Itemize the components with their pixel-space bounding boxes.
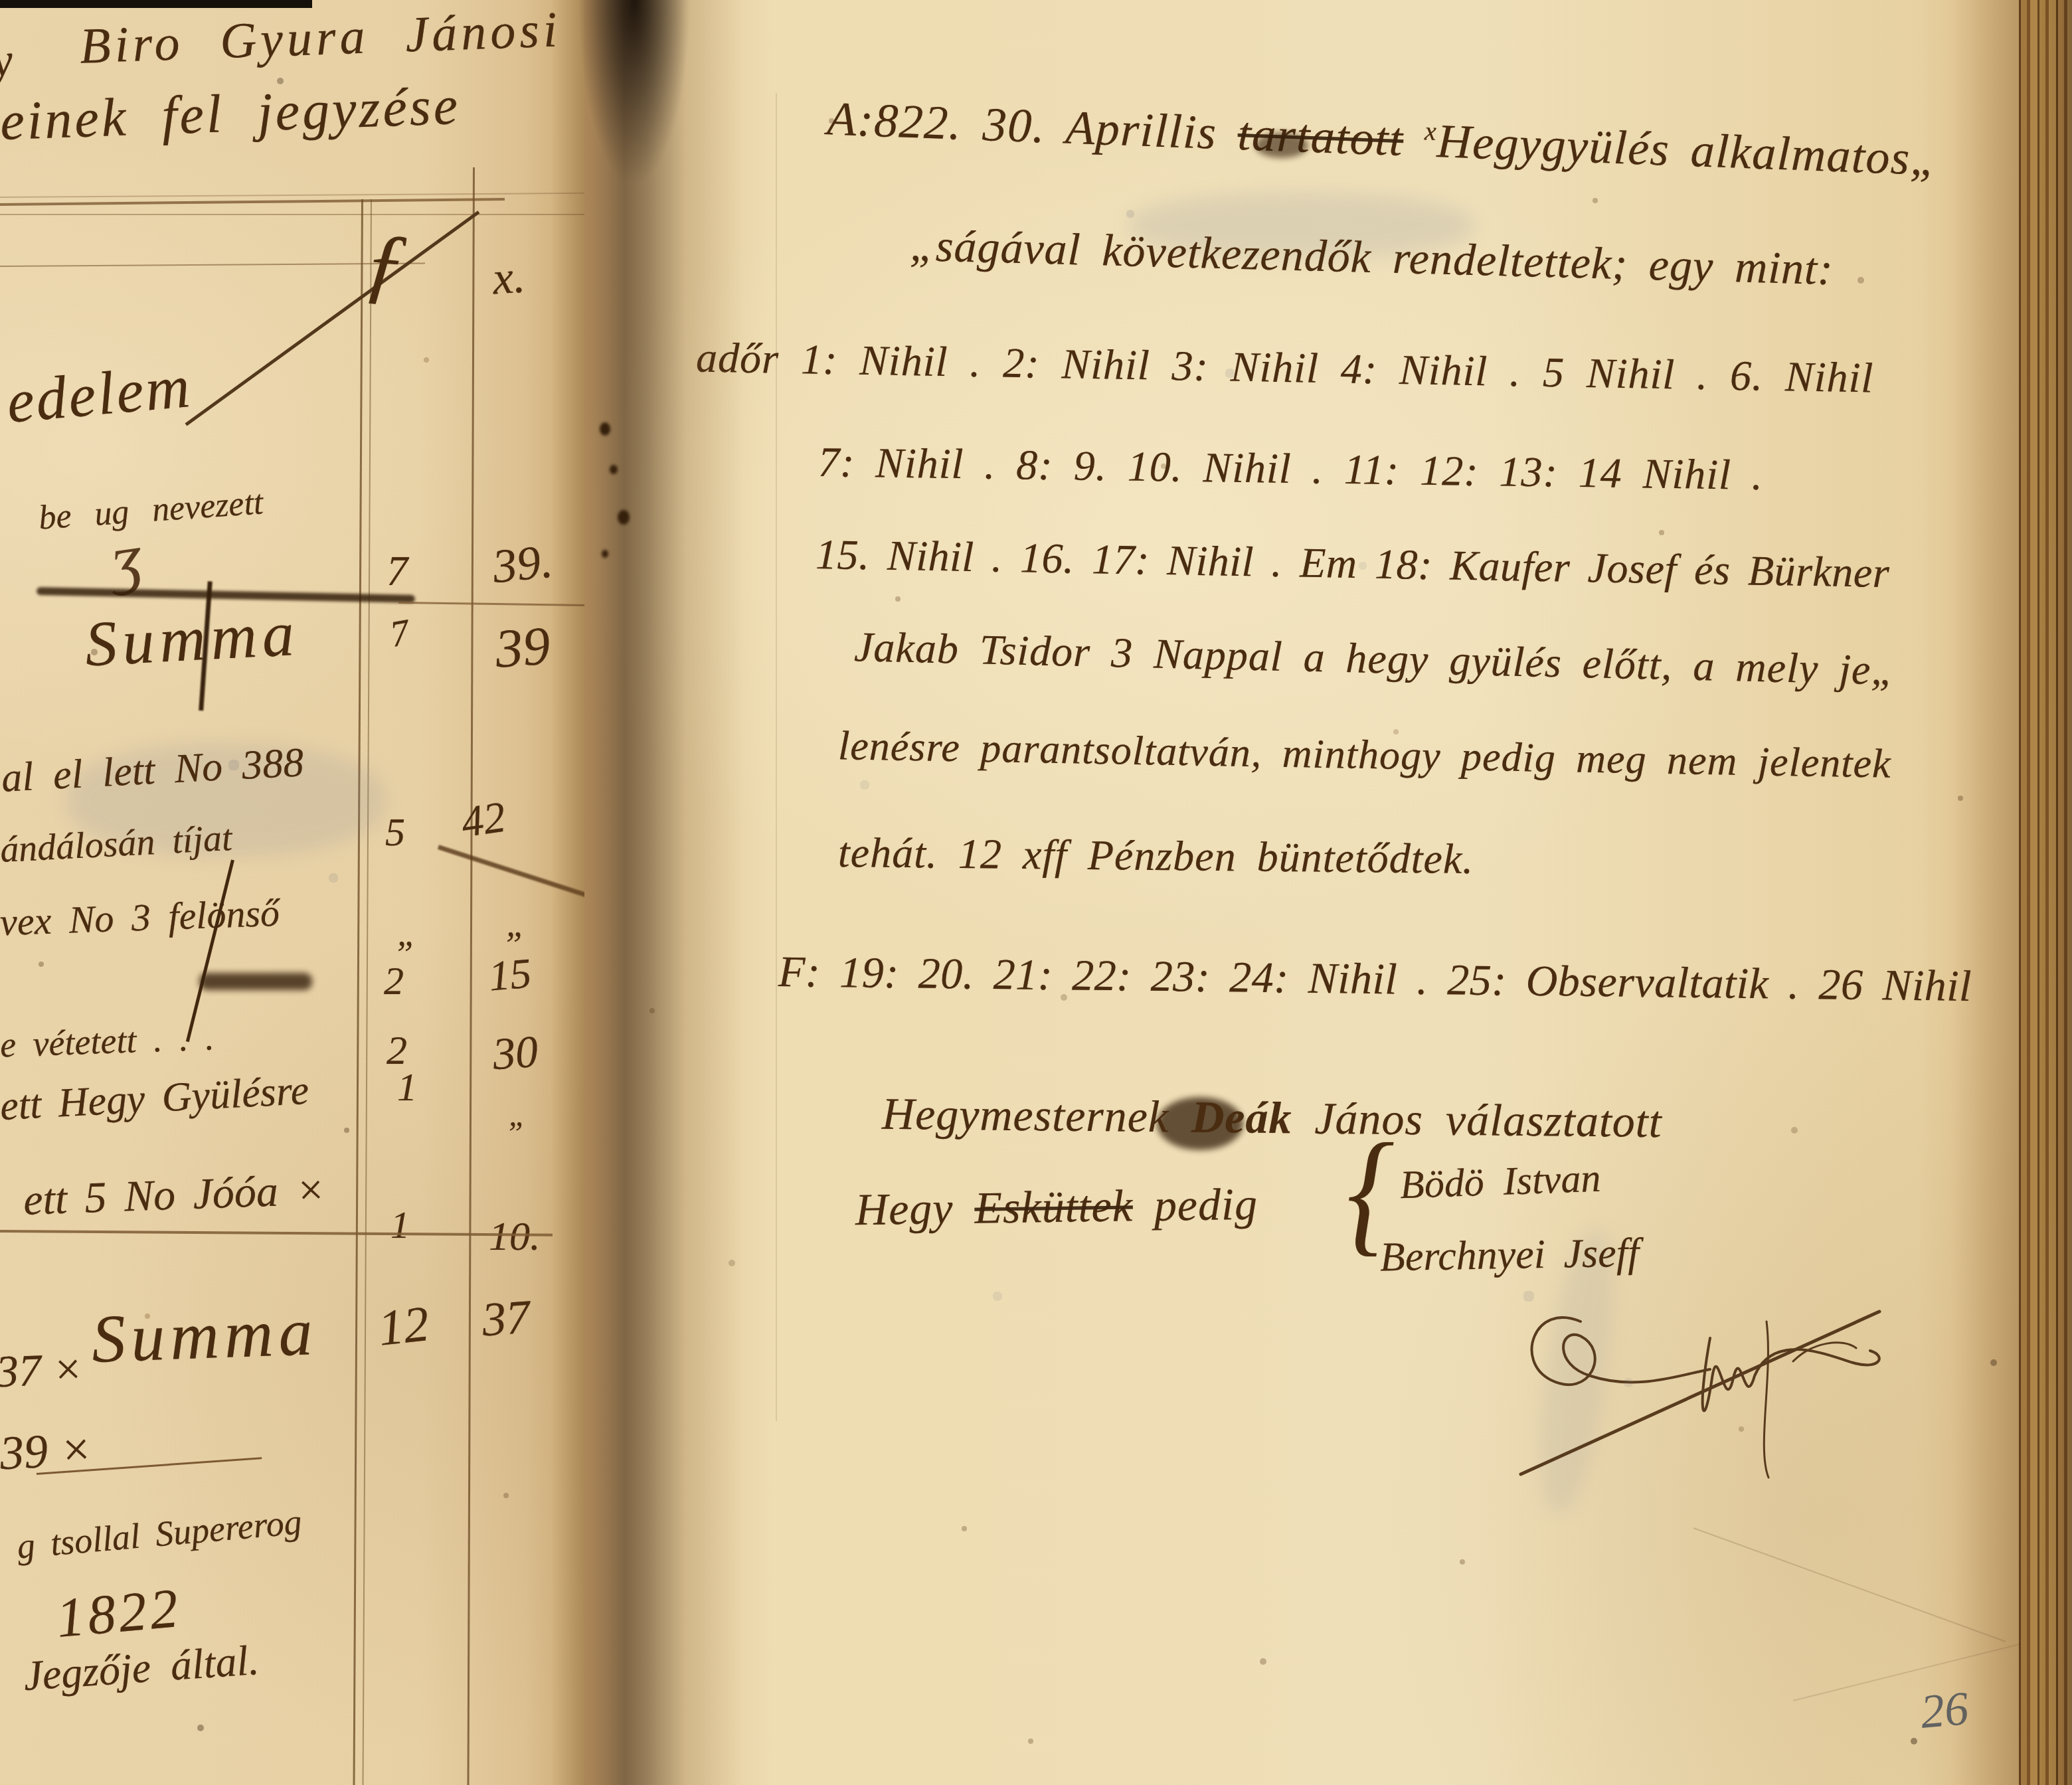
table-rule-top-2 <box>0 214 584 215</box>
entry6-text: ett Hegy Gyülésre <box>0 1069 310 1128</box>
entry5-krajcar: 30 <box>491 1028 540 1078</box>
heading-line1: A:822. 30. Aprillis tartatott xHegygyülé… <box>826 94 1939 185</box>
table-column-rule-2 <box>467 167 475 1785</box>
minutes-line-4: Jakab Tsidor 3 Nappal a hegy gyülés előt… <box>853 624 1895 693</box>
table-rule-top <box>0 198 505 206</box>
right-page: A:822. 30. Aprillis tartatott xHegygyülé… <box>584 0 2019 1785</box>
left-header-line2: einek fel jegyzése <box>0 77 461 150</box>
heading-superscript: x <box>1424 116 1438 146</box>
entry8-forint: 1 <box>390 1205 410 1246</box>
entry3-krajcar: „ <box>506 906 526 944</box>
heading-post: Hegygyülés alkalmatos„ <box>1436 114 1939 186</box>
election-line2-pre: Hegy <box>855 1183 975 1234</box>
election-line1-pre: Hegymesternek <box>882 1088 1192 1142</box>
entry4-forint: 2 <box>384 960 404 1002</box>
summa2-krajcar: 37 <box>480 1292 531 1345</box>
left-header-lead: y <box>0 36 15 86</box>
entry6-forint: 1 <box>397 1066 417 1108</box>
row1-forint: 7 <box>387 549 408 593</box>
heading-pre: A:822. 30. Aprillis <box>826 92 1239 160</box>
summa1-krajcar: 39 <box>493 617 552 678</box>
top-edge-strip <box>0 0 312 8</box>
page-edge-stack <box>2019 0 2072 1785</box>
entry4-smear <box>199 973 312 990</box>
column-header-krajcar: x. <box>491 252 527 303</box>
juror-name-1: Bödö Istvan <box>1399 1157 1601 1207</box>
minutes-line-3: 15. Nihil . 16. 17: Nihil . Em 18: Kaufe… <box>816 532 1890 595</box>
gutter-top-shadow <box>578 0 691 186</box>
election-line2-struck: Esküttek <box>974 1180 1133 1232</box>
entry6-krajcar: „ <box>509 1099 527 1132</box>
pen-slip-stroke-2 <box>186 859 234 1042</box>
summa1-label: Summa <box>84 600 301 679</box>
paper-speckles-gray <box>0 0 3 3</box>
hegymester-name: Deák <box>1191 1092 1292 1144</box>
minutes-line-1: adőr 1: Nihil . 2: Nihil 3: Nihil 4: Nih… <box>696 335 1874 400</box>
row1-krajcar: 39. <box>490 537 555 593</box>
gutter-ink-dot-4 <box>602 550 608 558</box>
minutes-line-2: 7: Nihil . 8: 9. 10. Nihil . 11: 12: 13:… <box>818 440 1764 497</box>
election-line2: Hegy Esküttek pedig <box>855 1181 1258 1234</box>
entry3-text: vex No 3 felönső <box>0 893 280 944</box>
heading-line2: „ságával következendők rendeltettek; egy… <box>909 222 1834 294</box>
summa1-rule <box>398 602 584 606</box>
footer-byline: Jegzője által. <box>22 1638 260 1699</box>
manuscript-scan: y Biro Gyura Jánosi einek fel jegyzése ƒ… <box>0 0 2072 1785</box>
edge-inner-shadow <box>1952 0 2019 1785</box>
entry8-krajcar: 10. <box>489 1215 541 1258</box>
table-rule-top-faint <box>0 193 584 198</box>
gutter-ink-dot-1 <box>600 422 610 436</box>
observation-line: F: 19: 20. 21: 22: 23: 24: Nihil . 25: O… <box>778 949 1972 1009</box>
entry3-forint: „ <box>397 915 417 953</box>
left-page: y Biro Gyura Jánosi einek fel jegyzése ƒ… <box>0 0 584 1785</box>
heading-ink-blot <box>1255 133 1308 158</box>
entry2-krajcar: 42 <box>458 794 508 846</box>
margin-bleed-line <box>776 93 777 1421</box>
gutter-ink-dot-2 <box>610 465 618 474</box>
table-column-rule-1b <box>362 199 372 1785</box>
juror-name-2: Berchnyei Jseff <box>1379 1232 1639 1280</box>
entry7-text: ett 5 No Jóóa × <box>23 1167 326 1223</box>
summa1-forint: 7 <box>387 613 412 655</box>
gutter-ink-dot-3 <box>618 510 630 525</box>
footer-year: 1822 <box>54 1579 184 1648</box>
entry2-text: ándálosán tíjat <box>0 819 233 870</box>
entry5-text: e vétetett . . . <box>0 1019 215 1064</box>
entry4-krajcar: 15 <box>487 950 533 999</box>
election-line2-post: pedig <box>1132 1179 1258 1231</box>
entry2-forint: 5 <box>385 811 405 853</box>
income-flourish: ʒ <box>107 521 146 594</box>
column-header-forint-slash <box>185 211 480 426</box>
left-header-line1: Biro Gyura Jánosi <box>79 3 562 73</box>
income-sub: be ug nevezett <box>38 485 265 537</box>
summa2-forint: 12 <box>376 1298 432 1355</box>
table-column-rule-1a <box>353 199 363 1785</box>
column-header-forint: ƒ <box>359 217 412 312</box>
signature-flourish <box>1481 1275 1906 1487</box>
income-title: edelem <box>4 354 194 434</box>
footer-37: 37 × <box>0 1345 84 1396</box>
minutes-line-5: lenésre parantsoltatván, minthogy pedig … <box>838 724 1892 786</box>
election-line1: Hegymesternek Deák János választatott <box>882 1090 1662 1146</box>
minutes-line-6: tehát. 12 xff Pénzben büntetődtek. <box>838 830 1474 881</box>
footer-supererog: g tsollal Supererog <box>15 1503 303 1565</box>
summa2-label: Summa <box>90 1296 319 1375</box>
